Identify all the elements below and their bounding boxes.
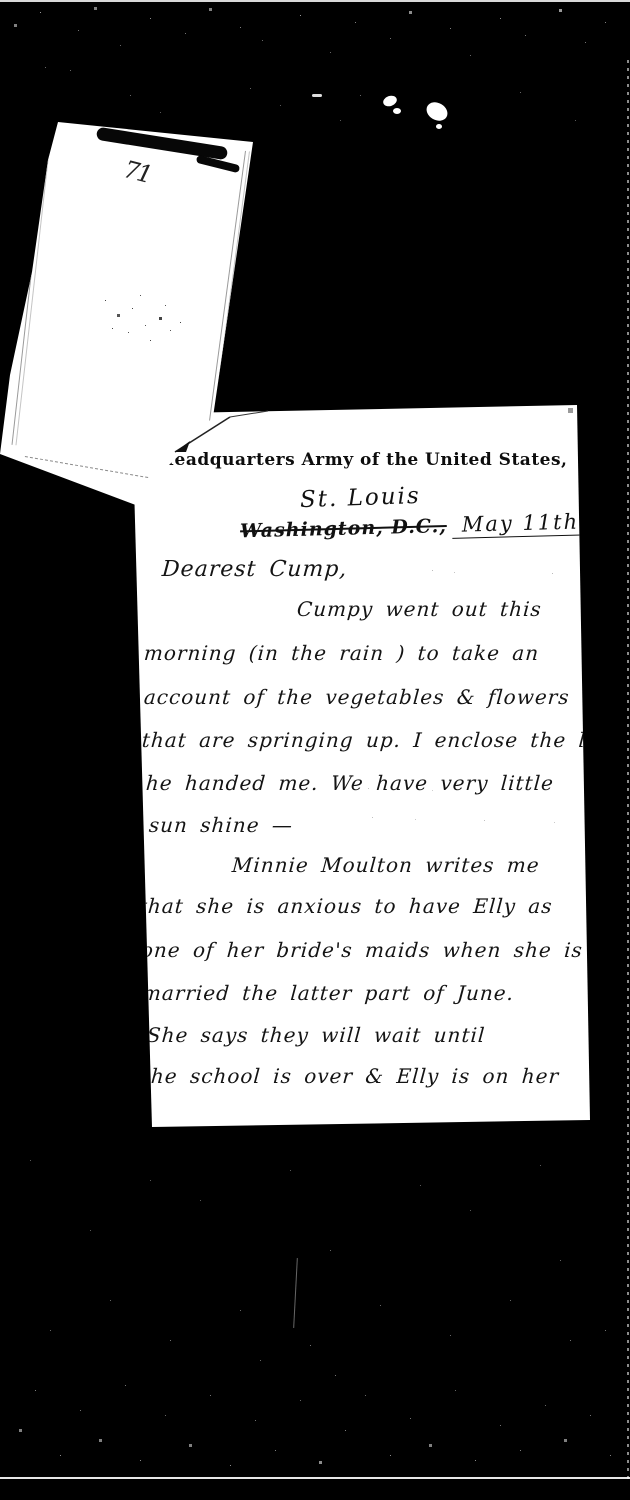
dust-blob <box>423 99 451 125</box>
dust-blob <box>436 124 442 129</box>
letterhead-dateline: Washington, D.C., May 11th 1877 <box>240 508 630 543</box>
letter-body-line: account of the vegetables & flowers <box>143 685 570 709</box>
sheet-speck-cluster <box>0 110 1 111</box>
letter-body-line: She says they will wait until <box>146 1023 486 1047</box>
scan-scratch-mark <box>293 1258 298 1328</box>
scan-right-edge-artifact <box>627 60 629 1480</box>
letter-body-line: he handed me. We have very little <box>145 771 555 795</box>
sheet-edge-line <box>12 133 52 446</box>
letter-body-line: morning (in the rain ) to take an <box>143 641 540 665</box>
ink-smear-mark <box>96 127 228 160</box>
handwritten-note-mark: 71 <box>121 155 154 189</box>
letter-body-line: that are springing up. I enclose the lis… <box>141 728 614 752</box>
letterhead-place-handwritten: St. Louis <box>300 483 422 513</box>
dust-blob <box>382 94 399 108</box>
letter-body-line: married the latter part of June. <box>141 981 515 1005</box>
letter-salutation: Dearest Cump, <box>161 557 348 582</box>
sheet-edge-line <box>209 151 250 421</box>
dust-blob <box>393 108 401 114</box>
scan-noise-bottom <box>0 0 1 1</box>
letter-body-line: that she is anxious to have Elly as <box>138 894 553 918</box>
letter-page: Headquarters Army of the United States, … <box>132 405 590 1127</box>
sheet-edge-line <box>25 456 148 478</box>
letterhead-place-printed-struck: Washington, D.C., <box>240 515 447 542</box>
pen-arrow-annotation <box>150 400 280 465</box>
letter-body-line: one of her bride's maids when she is <box>140 938 584 962</box>
letter-body-line: sun shine — <box>148 813 294 837</box>
scan-top-edge-line <box>0 0 630 2</box>
dust-blob <box>312 94 322 97</box>
letter-body-line: the school is over & Elly is on her <box>141 1064 560 1088</box>
letter-body-line: Cumpy went out this <box>296 597 542 621</box>
scan-bottom-edge-line <box>0 1477 630 1479</box>
letterhead-date: May 11th 1877 <box>452 508 630 539</box>
letter-body-line: Minnie Moulton writes me <box>231 853 540 877</box>
